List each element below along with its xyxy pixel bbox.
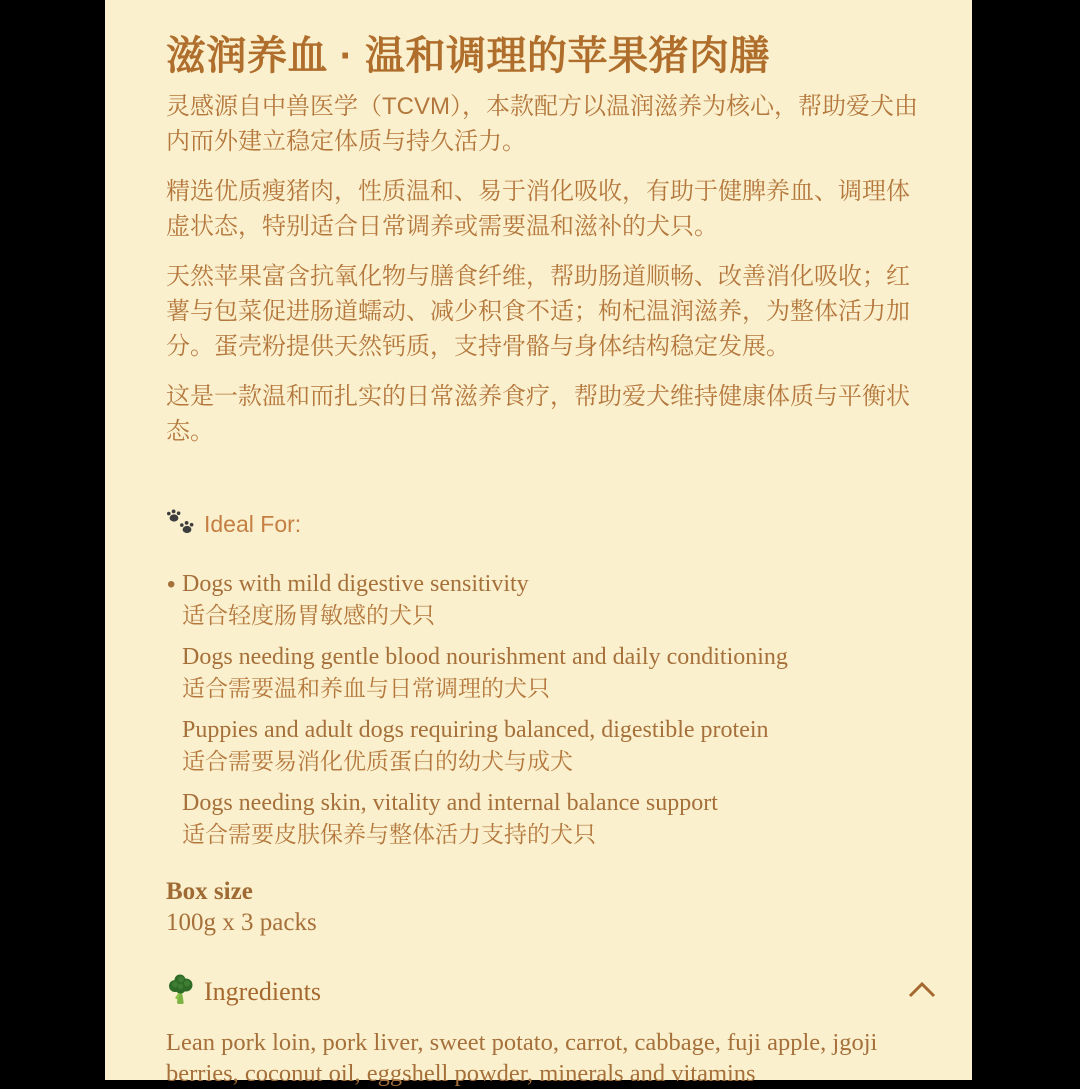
ingredients-accordion-header[interactable]: Ingredients <box>166 975 926 1009</box>
ideal-for-heading: Ideal For: <box>166 509 926 539</box>
ideal-item-english: Dogs needing gentle blood nourishment an… <box>182 642 926 673</box>
ideal-item-chinese: 适合需要温和养血与日常调理的犬只 <box>182 673 926 704</box>
ideal-item-english: Puppies and adult dogs requiring balance… <box>182 715 926 746</box>
box-size-label: Box size <box>166 876 926 907</box>
ideal-for-label: Ideal For: <box>204 511 301 538</box>
description-paragraph: 灵感源自中兽医学（TCVM），本款配方以温润滋养为核心，帮助爱犬由内而外建立稳定… <box>166 89 926 159</box>
ideal-item-english: Dogs needing skin, vitality and internal… <box>182 788 926 819</box>
list-item: Dogs needing gentle blood nourishment an… <box>182 642 926 704</box>
paw-prints-icon <box>166 508 196 541</box>
product-description-card: 滋润养血 · 温和调理的苹果猪肉膳 灵感源自中兽医学（TCVM），本款配方以温润… <box>105 0 972 1080</box>
list-item: Dogs needing skin, vitality and internal… <box>182 788 926 850</box>
ingredients-text: Lean pork loin, pork liver, sweet potato… <box>166 1027 926 1080</box>
box-size-section: Box size 100g x 3 packs <box>166 876 926 938</box>
ideal-for-list: • Dogs with mild digestive sensitivity 适… <box>182 569 926 850</box>
ideal-item-chinese: 适合需要皮肤保养与整体活力支持的犬只 <box>182 819 926 850</box>
box-size-value: 100g x 3 packs <box>166 907 926 938</box>
ideal-item-chinese: 适合需要易消化优质蛋白的幼犬与成犬 <box>182 746 926 777</box>
list-item: Puppies and adult dogs requiring balance… <box>182 715 926 777</box>
description-paragraph: 这是一款温和而扎实的日常滋养食疗，帮助爱犬维持健康体质与平衡状态。 <box>166 379 926 449</box>
description-paragraph: 精选优质瘦猪肉，性质温和、易于消化吸收，有助于健脾养血、调理体虚状态，特别适合日… <box>166 174 926 244</box>
broccoli-icon <box>166 974 196 1011</box>
ideal-item-chinese: 适合轻度肠胃敏感的犬只 <box>182 600 926 631</box>
list-item: • Dogs with mild digestive sensitivity 适… <box>182 569 926 631</box>
bullet-marker: • <box>167 569 175 600</box>
product-description: 灵感源自中兽医学（TCVM），本款配方以温润滋养为核心，帮助爱犬由内而外建立稳定… <box>166 89 926 449</box>
ingredients-label: Ingredients <box>204 977 321 1007</box>
description-paragraph: 天然苹果富含抗氧化物与膳食纤维，帮助肠道顺畅、改善消化吸收；红薯与包菜促进肠道蠕… <box>166 259 926 364</box>
chevron-up-icon[interactable] <box>906 980 938 1005</box>
ideal-item-english: Dogs with mild digestive sensitivity <box>182 569 926 600</box>
page-title: 滋润养血 · 温和调理的苹果猪肉膳 <box>166 33 926 79</box>
